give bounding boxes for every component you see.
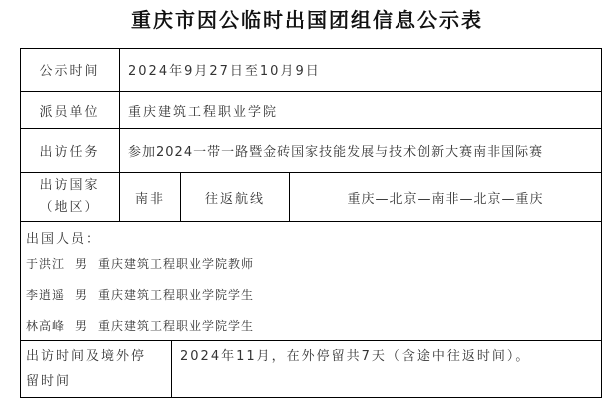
member-role: 重庆建筑工程职业学院教师 (98, 257, 254, 271)
duration-value: 2024年11月，在外停留共7天（含途中往返时间）。 (172, 341, 602, 398)
notice-time-label: 公示时间 (20, 48, 120, 92)
member-name: 于洪江 (26, 257, 65, 271)
member-gender: 男 (75, 257, 88, 271)
mission-value: 参加2024一带一路暨金砖国家技能发展与技术创新大赛南非国际赛 (120, 129, 602, 173)
country-label-line1: 出访国家 (39, 175, 99, 197)
mission-label: 出访任务 (20, 129, 120, 173)
member-gender: 男 (75, 319, 88, 333)
member-role: 重庆建筑工程职业学院学生 (98, 319, 254, 333)
personnel-member: 于洪江男重庆建筑工程职业学院教师 (26, 257, 264, 271)
info-table: 公示时间 2024年9月27日至10月9日 派员单位 重庆建筑工程职业学院 出访… (20, 48, 602, 398)
member-name: 林高峰 (26, 319, 65, 333)
member-name: 李逍遥 (26, 288, 65, 302)
personnel-member: 李逍遥男重庆建筑工程职业学院学生 (26, 288, 264, 302)
personnel-member: 林高峰男重庆建筑工程职业学院学生 (26, 319, 264, 333)
notice-time-value: 2024年9月27日至10月9日 (120, 48, 602, 92)
personnel-label: 出国人员： (26, 228, 101, 247)
sending-unit-label: 派员单位 (20, 92, 120, 129)
country-label-line2: （地区） (39, 197, 99, 219)
sending-unit-value: 重庆建筑工程职业学院 (120, 92, 602, 129)
country-label: 出访国家 （地区） (20, 173, 120, 222)
page-title: 重庆市因公临时出国团组信息公示表 (0, 4, 614, 33)
duration-label-line2: 留时间 (26, 369, 71, 394)
personnel-section: 出国人员： 于洪江男重庆建筑工程职业学院教师 李逍遥男重庆建筑工程职业学院学生 … (20, 222, 602, 341)
duration-label: 出访时间及境外停 留时间 (20, 341, 172, 398)
duration-label-line1: 出访时间及境外停 (26, 344, 146, 369)
member-role: 重庆建筑工程职业学院学生 (98, 288, 254, 302)
route-label: 往返航线 (181, 173, 290, 222)
member-gender: 男 (75, 288, 88, 302)
route-value: 重庆—北京—南非—北京—重庆 (290, 173, 602, 222)
country-value: 南非 (120, 173, 181, 222)
